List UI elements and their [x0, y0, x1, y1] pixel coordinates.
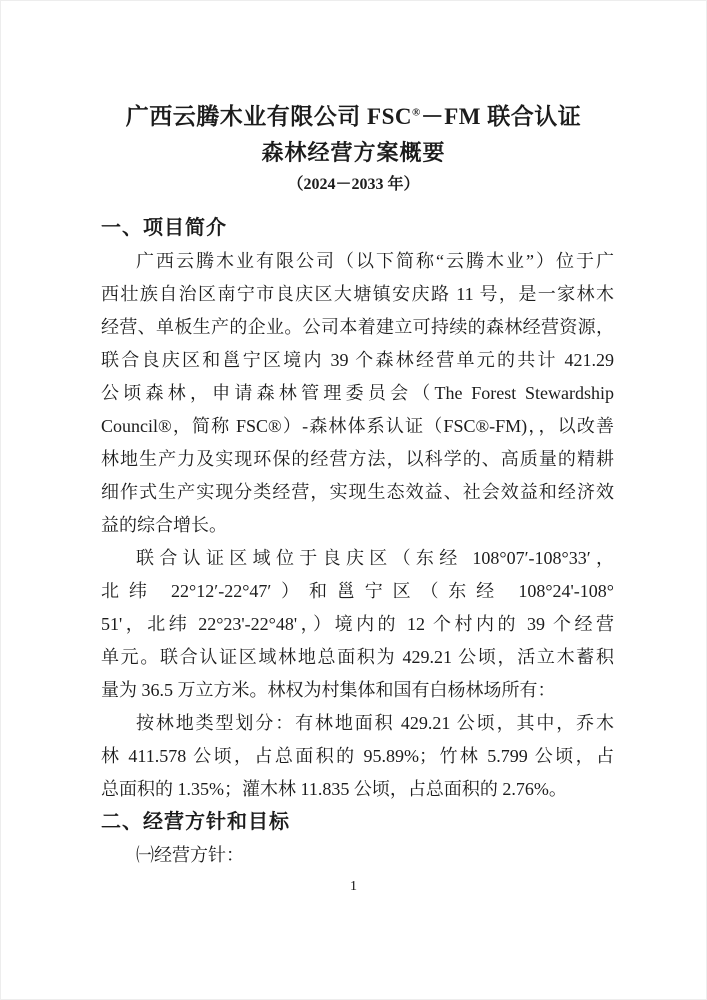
document-title-text: 广西云腾木业有限公司 FSC — [126, 104, 412, 129]
para2-line: 51'，北纬 22°23'-22°48'，）境内的 12 个村内的 39 个经营 — [101, 608, 614, 641]
page-number: 1 — [0, 879, 707, 895]
para1-line: 公顷森林，申请森林管理委员会（The Forest Stewardship — [101, 377, 614, 410]
para1-line: 林地生产力及实现环保的经营方法，以科学的、高质量的精耕 — [101, 443, 614, 476]
subsection-heading: ㈠经营方针： — [101, 839, 614, 872]
para1-line: 细作式生产实现分类经营，实现生态效益、社会效益和经济效 — [101, 476, 614, 509]
para3-line: 林 411.578 公顷，占总面积的 95.89%；竹林 5.799 公顷，占 — [101, 740, 614, 773]
document-body: 一、项目简介 广西云腾木业有限公司（以下简称“云腾木业”）位于广 西壮族自治区南… — [101, 212, 614, 872]
para2-line: 联合认证区域位于良庆区（东经 108°07′-108°33′， — [101, 542, 614, 575]
para3-line: 按林地类型划分：有林地面积 429.21 公顷，其中，乔木 — [101, 707, 614, 740]
section-heading-1: 一、项目简介 — [101, 212, 614, 245]
document-period: （2024－2033 年） — [0, 171, 707, 194]
document-page: 广西云腾木业有限公司 FSC®－FM 联合认证 森林经营方案概要 （2024－2… — [0, 0, 707, 1000]
document-subtitle: 森林经营方案概要 — [0, 136, 707, 167]
para1-line: 广西云腾木业有限公司（以下简称“云腾木业”）位于广 — [101, 245, 614, 278]
para2-line: 北纬 22°12′-22°47′）和邕宁区（东经 108°24'-108° — [101, 575, 614, 608]
para1-line: 西壮族自治区南宁市良庆区大塘镇安庆路 11 号，是一家林木 — [101, 278, 614, 311]
para1-line: 经营、单板生产的企业。公司本着建立可持续的森林经营资源， — [101, 311, 614, 344]
para2-line: 单元。联合认证区域林地总面积为 429.21 公顷，活立木蓄积 — [101, 641, 614, 674]
para1-line: Council®，简称 FSC®）-森林体系认证（FSC®-FM)，，以改善 — [101, 410, 614, 443]
document-title-text-suffix: －FM 联合认证 — [421, 104, 582, 129]
document-title: 广西云腾木业有限公司 FSC®－FM 联合认证 — [0, 98, 707, 131]
registered-trademark-icon: ® — [412, 106, 421, 118]
para3-line: 总面积的 1.35%；灌木林 11.835 公顷，占总面积的 2.76%。 — [101, 773, 614, 806]
para2-line: 量为 36.5 万立方米。林权为村集体和国有白杨林场所有： — [101, 674, 614, 707]
section-heading-2: 二、经营方针和目标 — [101, 806, 614, 839]
para1-line: 益的综合增长。 — [101, 509, 614, 542]
para1-line: 联合良庆区和邕宁区境内 39 个森林经营单元的共计 421.29 — [101, 344, 614, 377]
